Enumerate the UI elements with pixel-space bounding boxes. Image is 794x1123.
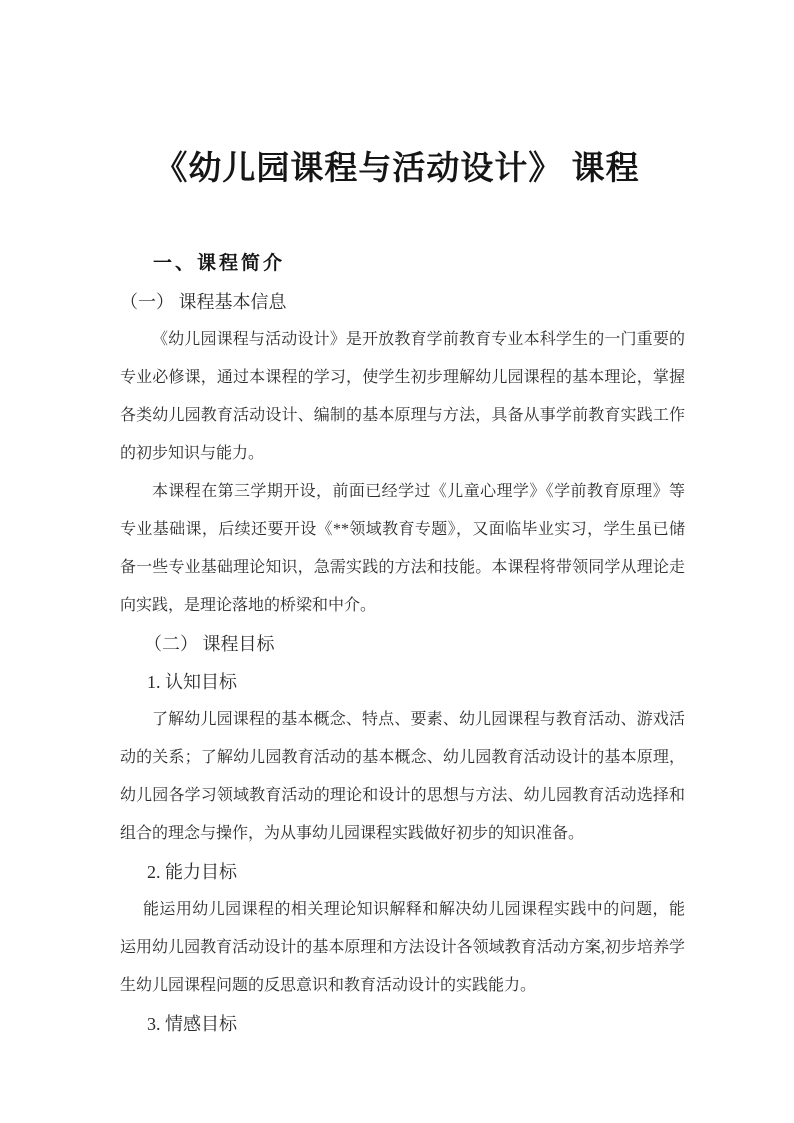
document-body: 一、课程简介 （一） 课程基本信息 《幼儿园课程与活动设计》是开放教育学前教育专… [120, 245, 685, 1043]
paragraph-course-basic-info: 《幼儿园课程与活动设计》是开放教育学前教育专业本科学生的一门重要的专业必修课，通… [120, 321, 685, 473]
paragraph-course-context: 本课程在第三学期开设，前面已经学过《儿童心理学》《学前教育原理》等专业基础课，后… [120, 473, 685, 625]
goal-2-heading: 2. 能力目标 [120, 853, 685, 891]
goal-1-heading: 1. 认知目标 [120, 663, 685, 701]
subsection-2-heading: （二） 课程目标 [120, 625, 685, 663]
paragraph-goal-1-cognitive: 了解幼儿园课程的基本概念、特点、要素、幼儿园课程与教育活动、游戏活动的关系；了解… [120, 701, 685, 853]
goal-3-heading: 3. 情感目标 [120, 1005, 685, 1043]
section-1-heading: 一、课程简介 [120, 245, 685, 283]
document-title: 《幼儿园课程与活动设计》 课程 [0, 0, 794, 192]
subsection-1-heading: （一） 课程基本信息 [120, 283, 685, 321]
paragraph-goal-2-ability: 能运用幼儿园课程的相关理论知识解释和解决幼儿园课程实践中的问题，能运用幼儿园教育… [120, 891, 685, 1005]
document-page: 《幼儿园课程与活动设计》 课程 一、课程简介 （一） 课程基本信息 《幼儿园课程… [0, 0, 794, 1123]
